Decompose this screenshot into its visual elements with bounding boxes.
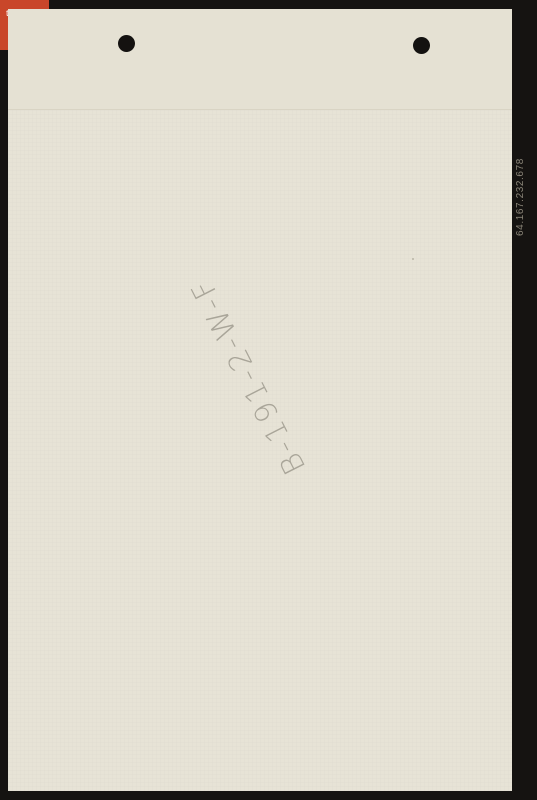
punch-hole-right bbox=[413, 37, 430, 54]
punch-hole-left bbox=[118, 35, 135, 52]
paper-speck bbox=[412, 258, 414, 260]
accession-number: 64.167.232.678 bbox=[515, 158, 526, 236]
binding-strip bbox=[8, 9, 512, 110]
